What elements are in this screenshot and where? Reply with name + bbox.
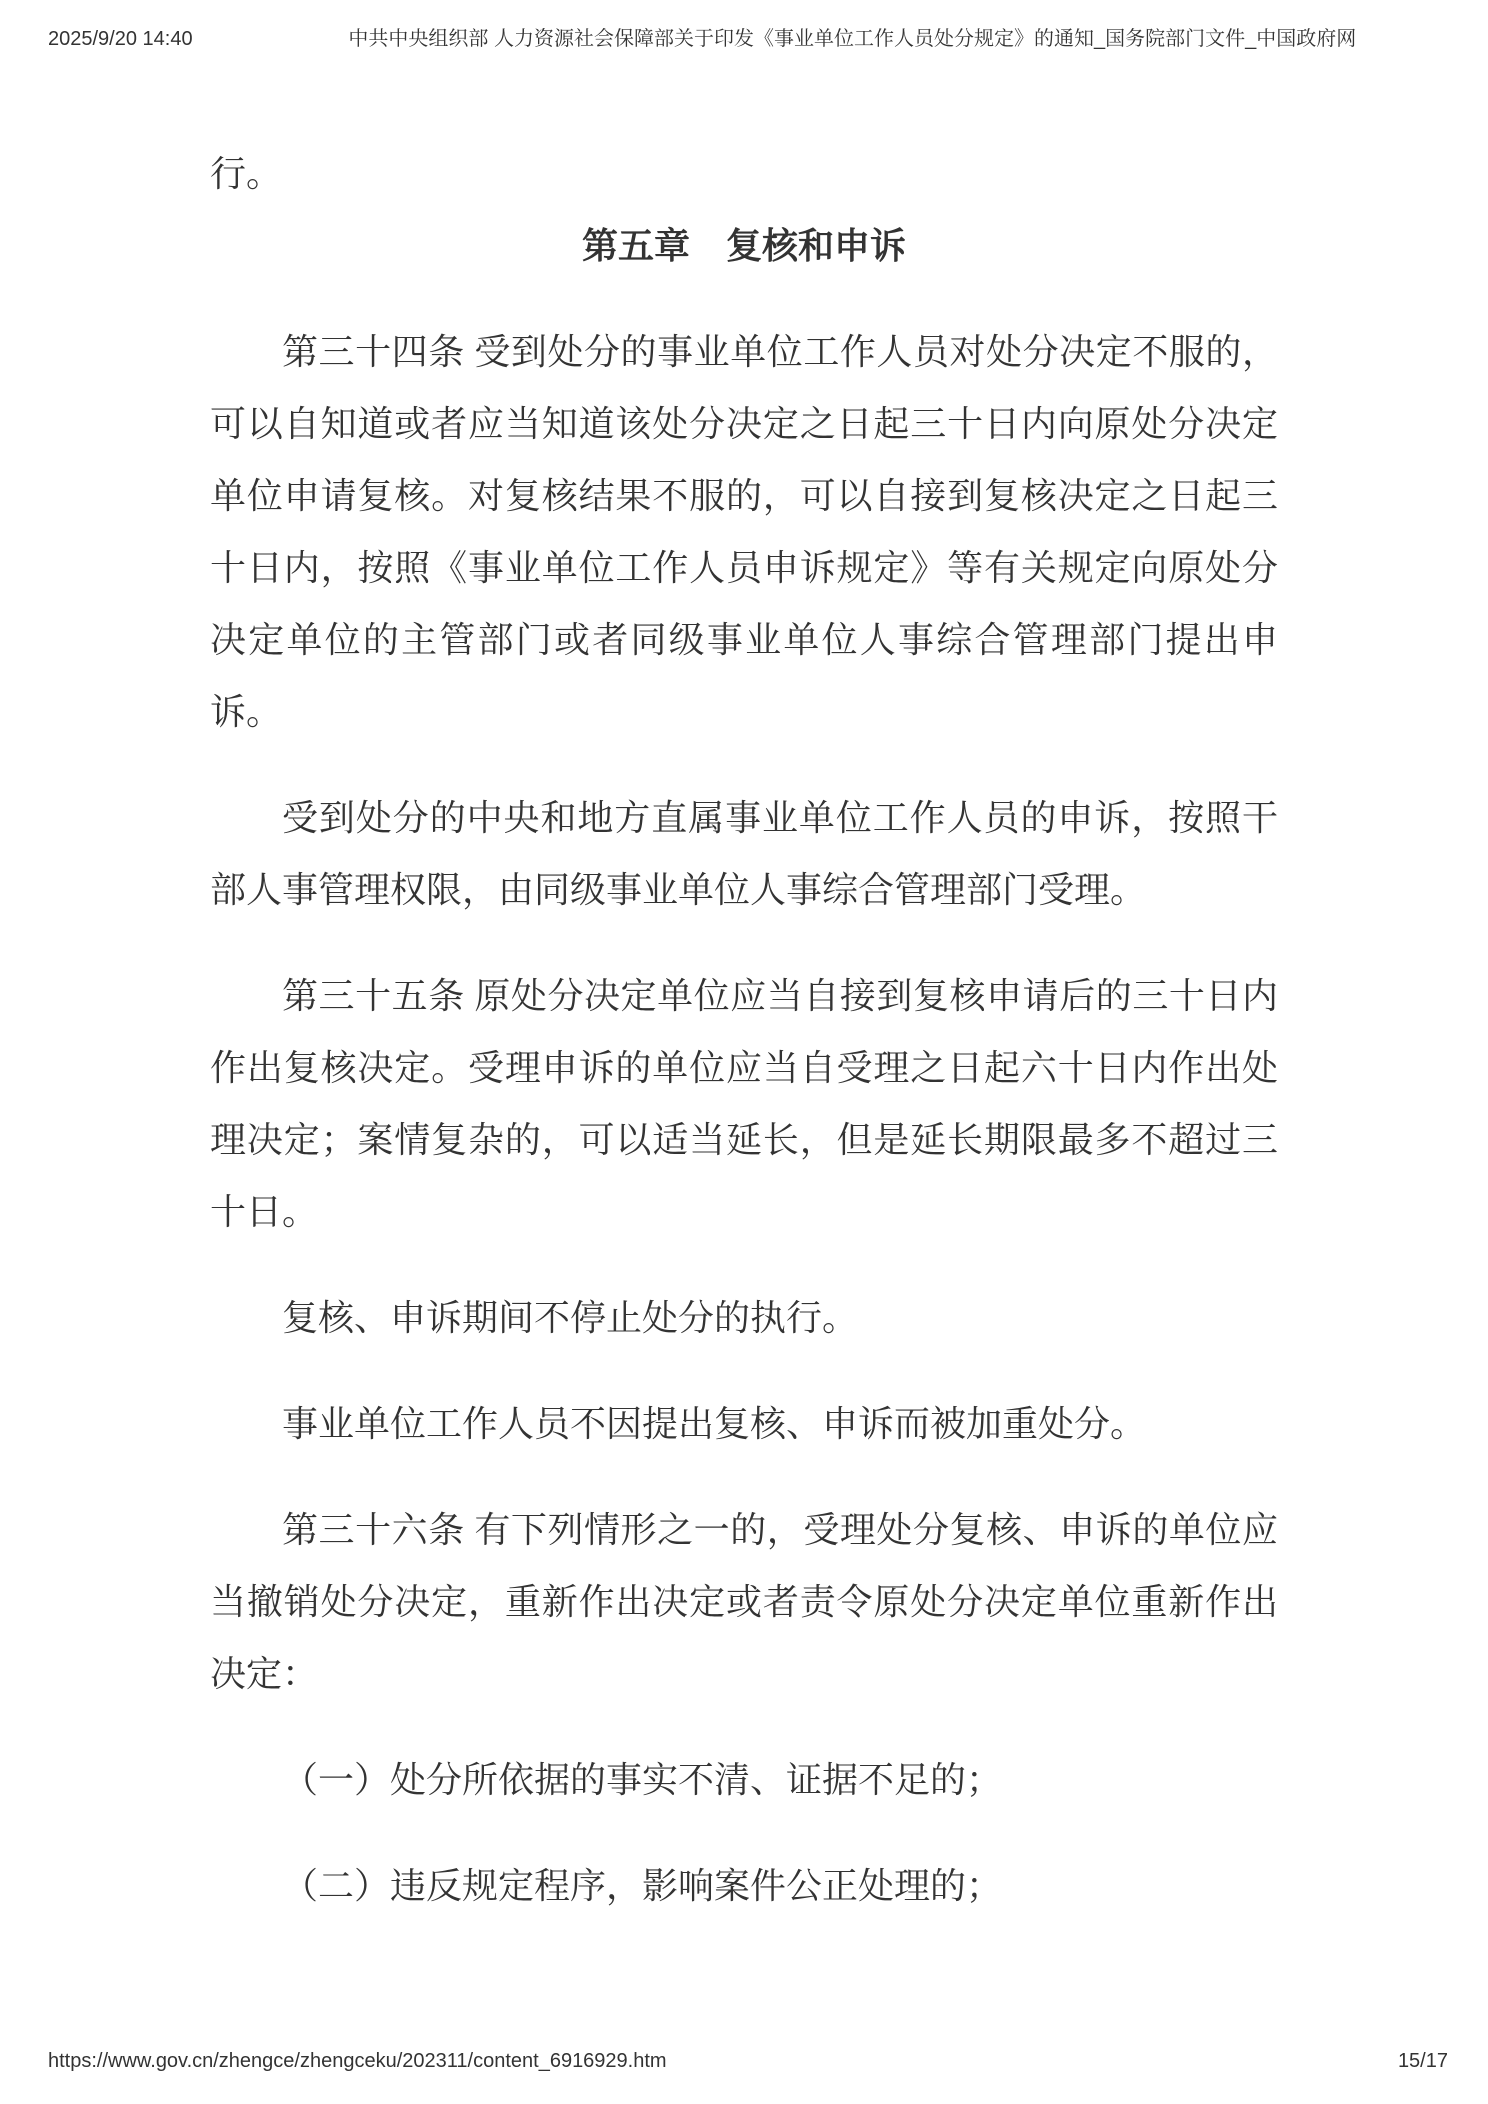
print-footer: https://www.gov.cn/zhengce/zhengceku/202… [48, 2048, 1448, 2074]
print-title: 中共中央组织部 人力资源社会保障部关于印发《事业单位工作人员处分规定》的通知_国… [193, 26, 1442, 52]
paragraph-list-item-1: （一）处分所依据的事实不清、证据不足的； [210, 1744, 1278, 1816]
page-indicator: 15/17 [1398, 2048, 1448, 2074]
paragraph-continuation: 行。 [210, 138, 1278, 210]
paragraph-article-36: 第三十六条 有下列情形之一的，受理处分复核、申诉的单位应当撤销处分决定，重新作出… [210, 1494, 1278, 1710]
print-url: https://www.gov.cn/zhengce/zhengceku/202… [48, 2048, 667, 2074]
paragraph-article-35: 第三十五条 原处分决定单位应当自接到复核申请后的三十日内作出复核决定。受理申诉的… [210, 960, 1278, 1248]
paragraph-list-item-2: （二）违反规定程序，影响案件公正处理的； [210, 1850, 1278, 1922]
chapter-heading: 第五章 复核和申诉 [210, 210, 1278, 282]
print-header: 2025/9/20 14:40 中共中央组织部 人力资源社会保障部关于印发《事业… [48, 26, 1442, 52]
document-body: 行。 第五章 复核和申诉 第三十四条 受到处分的事业单位工作人员对处分决定不服的… [210, 138, 1278, 1956]
printed-page: 2025/9/20 14:40 中共中央组织部 人力资源社会保障部关于印发《事业… [0, 0, 1488, 2104]
paragraph: 事业单位工作人员不因提出复核、申诉而被加重处分。 [210, 1388, 1278, 1460]
print-datetime: 2025/9/20 14:40 [48, 26, 193, 52]
paragraph: 受到处分的中央和地方直属事业单位工作人员的申诉，按照干部人事管理权限，由同级事业… [210, 782, 1278, 926]
paragraph-article-34: 第三十四条 受到处分的事业单位工作人员对处分决定不服的，可以自知道或者应当知道该… [210, 316, 1278, 748]
paragraph: 复核、申诉期间不停止处分的执行。 [210, 1282, 1278, 1354]
